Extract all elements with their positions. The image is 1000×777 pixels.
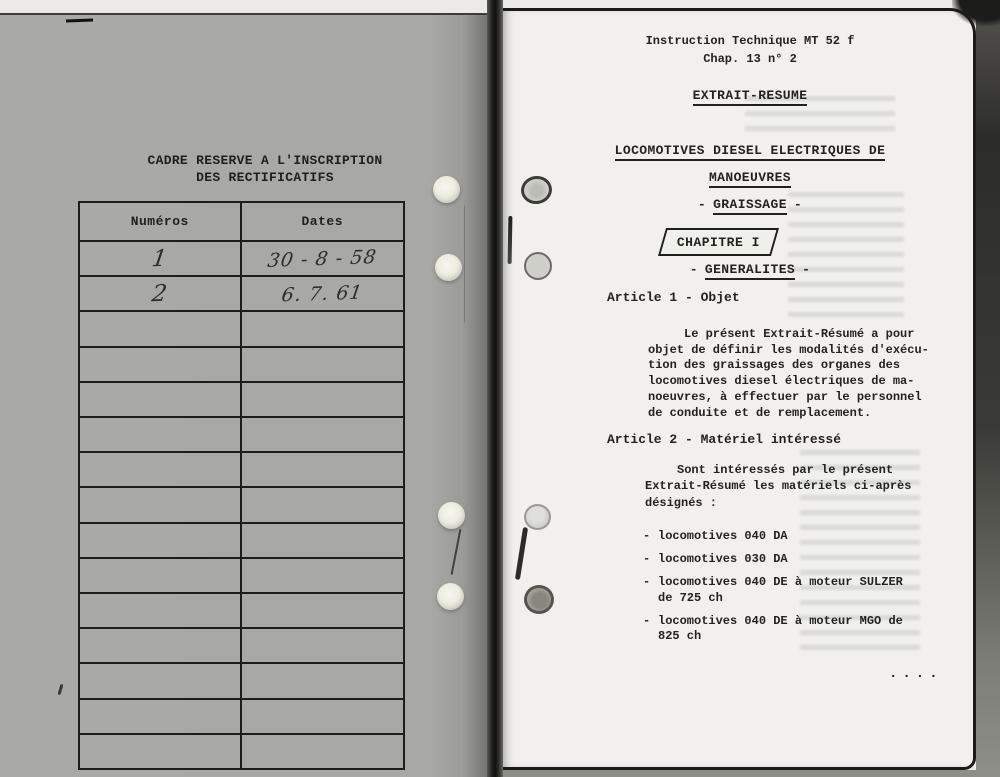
numero-cell (80, 594, 242, 627)
table-row-empty (80, 557, 403, 592)
date-cell (242, 312, 404, 345)
table-header-row: Numéros Dates (80, 203, 403, 240)
chapter-label: CHAPITRE I (677, 235, 760, 250)
rectificatifs-title-line2: DES RECTIFICATIFS (100, 169, 430, 186)
table-row-empty (80, 522, 403, 557)
table-row-empty (80, 698, 403, 733)
table-row-empty (80, 592, 403, 627)
table-row-empty (80, 627, 403, 662)
doc-reference-line1: Instruction Technique MT 52 f (517, 34, 983, 48)
underlying-page-edge (503, 770, 976, 777)
date-cell (242, 524, 404, 557)
scan-right-edge (976, 0, 1000, 777)
numero-cell (80, 418, 242, 451)
numero-cell (80, 559, 242, 592)
chapter-box: CHAPITRE I (658, 228, 779, 256)
rectificatifs-title: CADRE RESERVE A L'INSCRIPTION DES RECTIF… (100, 152, 430, 186)
table-row-empty (80, 451, 403, 486)
continuation-dots: .... (889, 666, 943, 682)
page-corner-shadow (952, 0, 1000, 26)
date-cell (242, 383, 404, 416)
numero-cell (80, 383, 242, 416)
article-1-paragraph: Le présent Extrait-Résumé a pour objet d… (648, 327, 958, 421)
numero-cell (80, 453, 242, 486)
rectificatifs-title-line1: CADRE RESERVE A L'INSCRIPTION (100, 152, 430, 169)
table-row-empty (80, 733, 403, 768)
list-item: - locomotives 040 DE à moteur MGO de 825… (643, 614, 953, 644)
punch-hole (437, 583, 464, 610)
table-header-dates: Dates (242, 203, 404, 240)
punch-hole (433, 176, 460, 203)
date-cell (242, 418, 404, 451)
table-row-empty (80, 310, 403, 345)
rectificatifs-table: Numéros Dates 1 30 - 8 - 58 2 6. 7. 61 (78, 201, 405, 770)
date-cell (242, 594, 404, 627)
table-row-empty (80, 416, 403, 451)
numero-cell: 1 (80, 242, 242, 275)
numero-cell (80, 629, 242, 662)
numero-cell: 2 (80, 277, 242, 310)
date-cell (242, 735, 404, 768)
table-row: 1 30 - 8 - 58 (80, 240, 403, 275)
numero-cell (80, 488, 242, 521)
punch-hole (435, 254, 462, 281)
punch-hole (438, 502, 465, 529)
section-heading: -GENERALITES- (517, 262, 983, 277)
article-2-paragraph: Sont intéressés par le présent Extrait-R… (645, 462, 955, 511)
staple (508, 216, 513, 264)
list-item: - locomotives 040 DE à moteur SULZER de … (643, 575, 953, 605)
punch-hole (524, 504, 551, 530)
materials-list: - locomotives 040 DA - locomotives 030 D… (643, 529, 953, 652)
list-item: - locomotives 030 DA (643, 552, 953, 567)
numero-cell (80, 700, 242, 733)
main-title-line1: LOCOMOTIVES DIESEL ELECTRIQUES DE (517, 143, 983, 158)
date-cell (242, 453, 404, 486)
main-title-line2: MANOEUVRES (517, 170, 983, 185)
table-header-numeros: Numéros (80, 203, 242, 240)
table-row-empty (80, 346, 403, 381)
date-cell (242, 348, 404, 381)
scratch-mark (464, 205, 465, 323)
date-cell (242, 664, 404, 697)
doc-type-heading: EXTRAIT-RESUME (517, 88, 983, 103)
date-cell (242, 559, 404, 592)
table-row-empty (80, 486, 403, 521)
numero-cell (80, 312, 242, 345)
punch-hole (524, 585, 554, 614)
numero-cell (80, 524, 242, 557)
subject-heading: -GRAISSAGE- (517, 197, 983, 212)
numero-cell (80, 348, 242, 381)
binding-gutter (487, 0, 503, 777)
doc-reference-line2: Chap. 13 n° 2 (517, 52, 983, 66)
article-1-heading: Article 1 - Objet (607, 290, 740, 305)
date-cell (242, 488, 404, 521)
table-row-empty (80, 381, 403, 416)
table-row-empty (80, 662, 403, 697)
date-cell (242, 700, 404, 733)
date-cell (242, 629, 404, 662)
date-cell: 30 - 8 - 58 (242, 242, 404, 275)
numero-cell (80, 735, 242, 768)
list-item: - locomotives 040 DA (643, 529, 953, 544)
date-cell: 6. 7. 61 (242, 277, 404, 310)
article-2-heading: Article 2 - Matériel intéressé (607, 432, 841, 447)
table-row: 2 6. 7. 61 (80, 275, 403, 310)
numero-cell (80, 664, 242, 697)
